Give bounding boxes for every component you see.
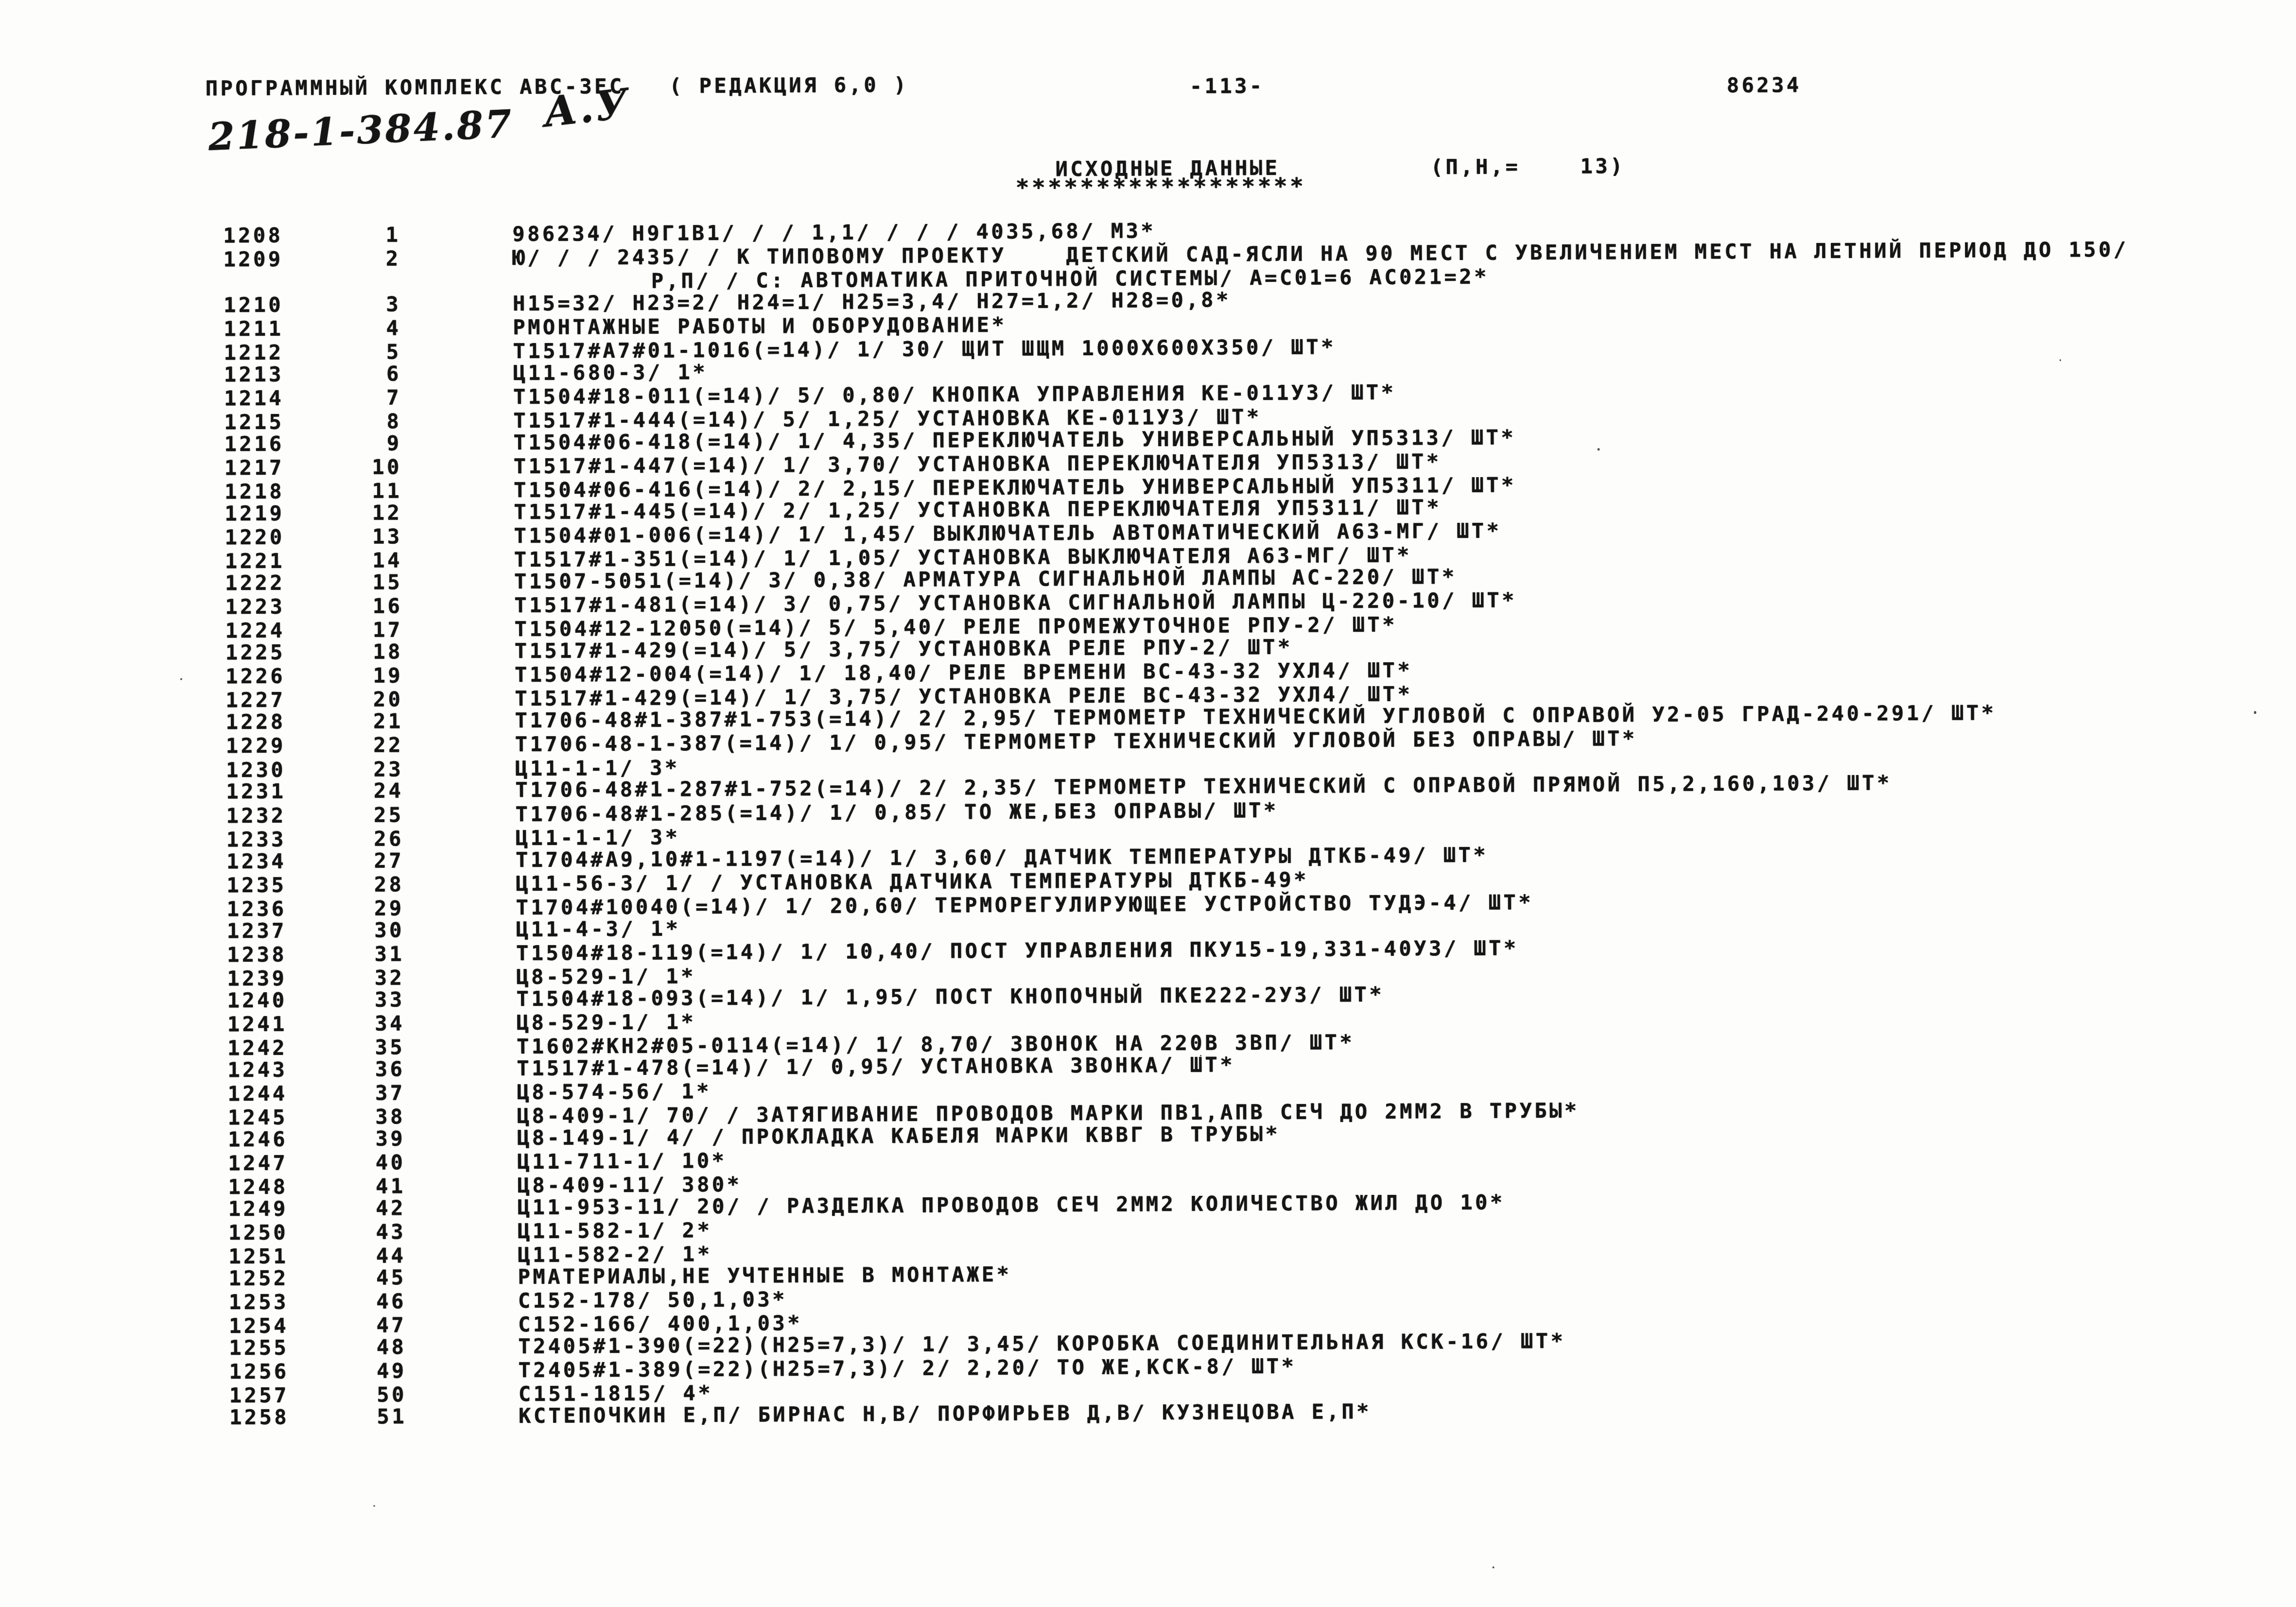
statement-text: С151-1815/ 4* (519, 1383, 713, 1404)
sequence-number: 45 (313, 1267, 406, 1288)
statement-text: Т1517#1-481(=14)/ 3/ 0,75/ УСТАНОВКА СИГ… (514, 590, 1517, 616)
line-number: 1258 (229, 1407, 289, 1428)
line-number: 1229 (226, 736, 286, 757)
line-number: 1251 (228, 1246, 288, 1267)
sequence-number: 44 (313, 1245, 406, 1266)
line-number: 1209 (223, 249, 283, 270)
line-number: 1247 (228, 1153, 288, 1174)
line-number: 1225 (226, 642, 285, 663)
line-number: 1245 (228, 1107, 288, 1128)
sequence-number: 37 (313, 1083, 405, 1104)
sequence-number: 40 (313, 1152, 405, 1173)
line-number: 1218 (225, 482, 284, 502)
statement-text: Т1706-48#1-285(=14)/ 1/ 0,85/ ТО ЖЕ,БЕЗ … (515, 800, 1278, 824)
line-number: 1250 (228, 1223, 288, 1244)
statement-text: Ц8-409-1/ 70/ / ЗАТЯГИВАНИЕ ПРОВОДОВ МАР… (517, 1101, 1580, 1126)
sequence-number: 10 (310, 457, 402, 478)
sequence-number: 21 (311, 711, 403, 732)
statement-text: Т1504#12-004(=14)/ 1/ 18,40/ РЕЛЕ ВРЕМЕН… (515, 660, 1412, 686)
statement-text: Ц8-529-1/ 1* (517, 1012, 696, 1033)
sequence-number: 16 (310, 596, 402, 617)
statement-text: Т1704#10040(=14)/ 1/ 20,60/ ТЕРМОРЕГУЛИР… (516, 892, 1533, 918)
sequence-number: 3 (309, 294, 401, 315)
sequence-number: 26 (312, 829, 404, 849)
line-number: 1231 (226, 781, 286, 802)
sequence-number: 47 (314, 1315, 406, 1336)
sequence-number: 15 (310, 572, 402, 593)
line-number: 1215 (224, 412, 284, 433)
sequence-number: 25 (311, 805, 403, 826)
line-number: 1224 (225, 621, 285, 641)
statement-text: Т1517#1-429(=14)/ 5/ 3,75/ УСТАНОВКА РЕЛ… (515, 637, 1293, 661)
statement-text: РМОНТАЖНЫЕ РАБОТЫ И ОБОРУДОВАНИЕ* (513, 315, 1007, 338)
statement-text: Т1504#18-011(=14)/ 5/ 0,80/ КНОПКА УПРАВ… (513, 382, 1396, 407)
sequence-number: 28 (312, 874, 404, 895)
scan-speck (2254, 711, 2256, 714)
statement-text: Т1706-48#1-287#1-752(=14)/ 2/ 2,35/ ТЕРМ… (515, 773, 1892, 801)
sequence-number: 1 (308, 225, 400, 245)
scan-speck (2060, 359, 2061, 361)
scanned-page: ПРОГРАММНЫЙ КОМПЛЕКС АВС-ЗЕС ( РЕДАКЦИЯ … (0, 0, 2296, 1607)
sequence-number: 20 (311, 690, 403, 710)
scan-speck (180, 678, 182, 680)
statement-text: Ц11-711-1/ 10* (517, 1151, 727, 1172)
statement-text: Ц11-1-1/ 3* (515, 758, 680, 779)
statement-text: Н15=32/ Н23=2/ Н24=1/ Н25=3,4/ Н27=1,2/ … (513, 290, 1231, 314)
line-number: 1238 (227, 944, 287, 965)
sequence-number: 32 (312, 968, 404, 988)
scan-speck (373, 1505, 375, 1507)
sequence-number: 13 (310, 526, 402, 547)
statement-text: Ц8-574-56/ 1* (517, 1081, 711, 1103)
statement-text: Ц8-149-1/ 4/ / ПРОКЛАДКА КАБЕЛЯ МАРКИ КВ… (517, 1124, 1280, 1148)
statement-text: РМАТЕРИАЛЫ,НЕ УЧТЕННЫЕ В МОНТАЖЕ* (518, 1264, 1011, 1287)
line-number: 1221 (225, 551, 285, 572)
sequence-number: 6 (309, 363, 401, 384)
sequence-number: 43 (313, 1222, 406, 1243)
line-number: 1227 (226, 690, 285, 711)
statement-text: Ц11-582-1/ 2* (518, 1220, 712, 1242)
sequence-number: 50 (314, 1385, 407, 1406)
sequence-number: 24 (311, 781, 403, 802)
sequence-number: 35 (313, 1037, 405, 1058)
sequence-number: 31 (312, 944, 404, 965)
sequence-number: 5 (309, 342, 401, 363)
sequence-number: 51 (314, 1407, 407, 1428)
statement-text: Ц11-582-2/ 1* (518, 1244, 712, 1265)
sequence-number: 8 (309, 411, 401, 432)
sequence-number: 48 (314, 1337, 406, 1358)
sequence-number: 17 (310, 620, 402, 641)
sequence-number: 9 (309, 433, 401, 454)
sequence-number: 49 (314, 1361, 406, 1382)
line-number: 1244 (227, 1083, 287, 1104)
line-number: 1241 (227, 1014, 287, 1035)
line-number: 1222 (225, 573, 285, 594)
sequence-number: 18 (311, 641, 403, 662)
line-number: 1220 (225, 527, 284, 548)
listing-rows: 12081986234/ Н9Г1В1/ / / 1,1/ / / / 4035… (0, 0, 2296, 1607)
statement-text: Т1706-48-1-387(=14)/ 1/ 0,95/ ТЕРМОМЕТР … (515, 728, 1637, 755)
statement-text: 986234/ Н9Г1В1/ / / 1,1/ / / / 4035,68/ … (512, 221, 1156, 244)
line-number: 1236 (226, 899, 286, 919)
sequence-number: 23 (311, 759, 403, 780)
statement-text: Ц8-529-1/ 1* (516, 966, 696, 987)
sequence-number: 46 (314, 1291, 406, 1312)
sequence-number: 7 (309, 387, 401, 408)
statement-text: Т1517#А7#01-1016(=14)/ 1/ 30/ ЩИТ ШЩМ 10… (513, 337, 1336, 362)
sequence-number: 33 (312, 989, 404, 1010)
sequence-number: 4 (309, 318, 401, 339)
sequence-number: 30 (312, 920, 404, 941)
sequence-number: 38 (313, 1106, 405, 1127)
line-number: 1211 (224, 318, 283, 339)
statement-text: Т1504#01-006(=14)/ 1/ 1,45/ ВЫКЛЮЧАТЕЛЬ … (514, 520, 1501, 546)
scan-speck (1200, 1055, 1201, 1056)
line-number: 1232 (226, 805, 286, 826)
statement-text: Т1504#18-093(=14)/ 1/ 1,95/ ПОСТ КНОПОЧН… (516, 984, 1384, 1009)
line-number: 1226 (226, 666, 285, 687)
statement-text: С152-166/ 400,1,03* (518, 1313, 802, 1335)
line-number: 1234 (226, 851, 286, 872)
statement-text: Т2405#1-389(=22)(Н25=7,3)/ 2/ 2,20/ ТО Ж… (518, 1356, 1296, 1381)
sequence-number: 29 (312, 898, 404, 919)
line-number: 1230 (226, 760, 286, 780)
line-number: 1239 (227, 968, 287, 989)
statement-text: Ц8-409-11/ 380* (517, 1175, 742, 1196)
line-number: 1228 (226, 712, 285, 733)
sequence-number: 36 (313, 1059, 405, 1080)
scan-speck (542, 125, 544, 127)
line-number: 1254 (229, 1316, 289, 1337)
sequence-number: 22 (311, 735, 403, 756)
statement-text: Т2405#1-390(=22)(Н25=7,3)/ 1/ 3,45/ КОРО… (518, 1331, 1565, 1357)
line-number: 1216 (224, 433, 284, 454)
statement-text: КСТЕПОЧКИН Е,П/ БИРНАС Н,В/ ПОРФИРЬЕВ Д,… (519, 1401, 1372, 1426)
line-number: 1242 (227, 1037, 287, 1058)
statement-text: Р,П/ / С: АВТОМАТИКА ПРИТОЧНОЙ СИСТЕМЫ/ … (651, 266, 1489, 291)
line-number: 1208 (223, 225, 283, 246)
sequence-number: 34 (313, 1013, 405, 1034)
sequence-number: 11 (310, 481, 402, 501)
statement-text: Ц11-4-3/ 1* (516, 918, 681, 940)
sequence-number: 14 (310, 550, 402, 571)
statement-text: Ц11-56-3/ 1/ / УСТАНОВКА ДАТЧИКА ТЕМПЕРА… (516, 869, 1309, 894)
statement-text: Т1517#1-445(=14)/ 2/ 1,25/ УСТАНОВКА ПЕР… (514, 497, 1442, 522)
line-number: 1212 (224, 342, 283, 363)
line-number: 1233 (226, 829, 286, 850)
statement-text: С152-178/ 50,1,03* (518, 1289, 787, 1311)
line-number: 1249 (228, 1198, 288, 1219)
statement-text: Т1507-5051(=14)/ 3/ 0,38/ АРМАТУРА СИГНА… (514, 567, 1457, 592)
line-number: 1223 (225, 597, 285, 618)
line-number: 1219 (225, 503, 284, 524)
sequence-number: 2 (308, 248, 400, 269)
line-number: 1237 (227, 920, 287, 941)
sequence-number: 27 (312, 850, 404, 871)
line-number: 1255 (229, 1338, 289, 1359)
line-number: 1256 (229, 1362, 289, 1382)
statement-text: Т1504#18-119(=14)/ 1/ 10,40/ ПОСТ УПРАВЛ… (516, 938, 1519, 964)
line-number: 1248 (228, 1177, 288, 1198)
line-number: 1252 (228, 1268, 288, 1289)
statement-text: Ц11-680-3/ 1* (513, 362, 708, 383)
sequence-number: 42 (313, 1198, 406, 1219)
statement-text: Ц11-1-1/ 3* (516, 827, 680, 848)
sequence-number: 19 (311, 666, 403, 687)
statement-text: Т1706-48#1-387#1-753(=14)/ 2/ 2,95/ ТЕРМ… (515, 703, 1996, 731)
line-number: 1240 (227, 990, 287, 1011)
line-number: 1243 (227, 1059, 287, 1080)
line-number: 1246 (228, 1129, 288, 1150)
line-number: 1217 (225, 458, 284, 479)
line-number: 1235 (226, 875, 286, 896)
statement-text: Т1517#1-478(=14)/ 1/ 0,95/ УСТАНОВКА ЗВО… (517, 1054, 1235, 1079)
sequence-number: 39 (313, 1128, 405, 1149)
line-number: 1257 (229, 1385, 289, 1406)
statement-text: Ц11-953-11/ 20/ / РАЗДЕЛКА ПРОВОДОВ СЕЧ … (518, 1192, 1505, 1218)
line-number: 1214 (224, 388, 284, 409)
line-number: 1213 (224, 364, 284, 385)
line-number: 1210 (224, 294, 283, 315)
statement-text: Т1704#А9,10#1-1197(=14)/ 1/ 3,60/ ДАТЧИК… (516, 845, 1488, 870)
line-number: 1253 (229, 1292, 289, 1313)
sequence-number: 12 (310, 502, 402, 523)
statement-text: Т1504#06-418(=14)/ 1/ 4,35/ ПЕРЕКЛЮЧАТЕЛ… (513, 427, 1516, 453)
scan-speck (1493, 1566, 1495, 1568)
sequence-number (309, 272, 401, 273)
scan-speck (1597, 448, 1600, 450)
statement-text: Т1517#1-447(=14)/ 1/ 3,70/ УСТАНОВКА ПЕР… (514, 451, 1442, 477)
sequence-number: 41 (313, 1176, 405, 1197)
